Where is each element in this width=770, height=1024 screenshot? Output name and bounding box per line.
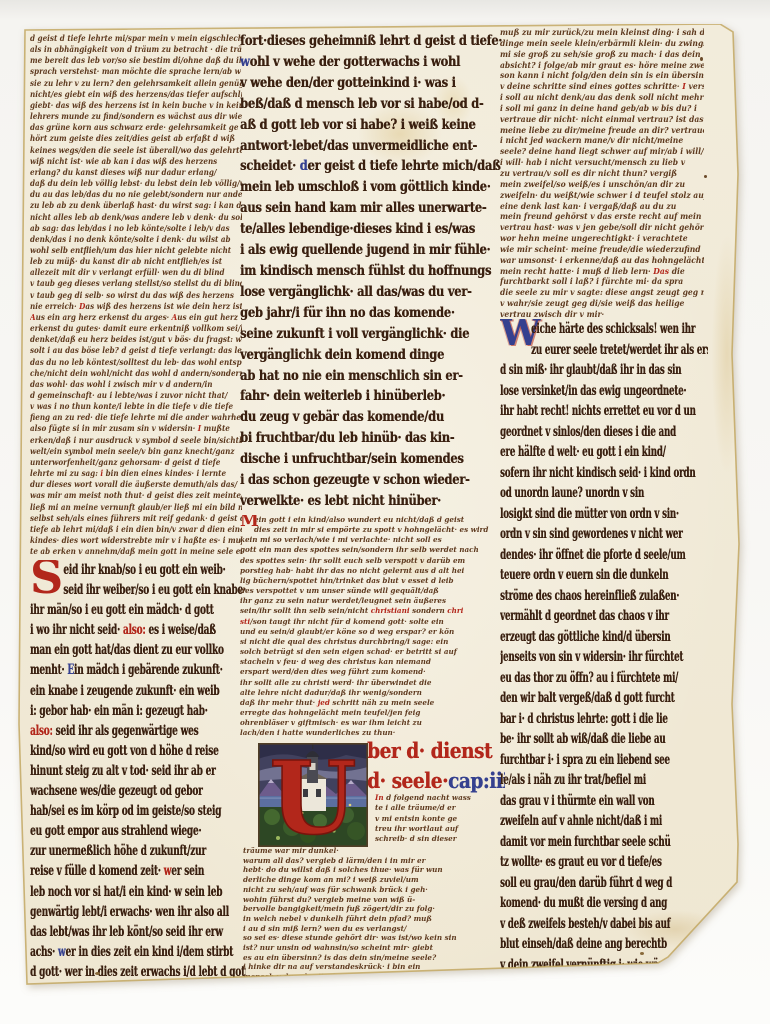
text-line: ab hat no nie ein menschlich sin er- <box>240 366 456 387</box>
text-line: porstieg hab· habt ihr das no nicht gele… <box>240 566 504 576</box>
text-segment: also: <box>30 723 53 739</box>
text-line: eine denk last kan· i vergaß/daß au du z… <box>500 201 694 212</box>
text-line: also: seid ihr als gegenwärtige wes <box>30 721 168 741</box>
text-segment: mein freund gehörst v das erste recht au… <box>500 211 701 221</box>
text-segment: son kann i nicht folg/den dein sin is ei… <box>500 70 704 80</box>
text-segment: mensch v du schreitest wie ein gott· wel… <box>243 972 444 981</box>
text-segment: le/als i näh zu ihr trat/befiel mi <box>500 772 646 788</box>
text-line: denket/daß eu herz beides ist/gut v bös·… <box>30 334 221 345</box>
text-line: jenseits von sin v widersin· ihr fürchte… <box>500 647 629 668</box>
text-line: zweifeln auf v ahnle nicht/daß i mi <box>500 811 629 832</box>
text-line: sti/son taugt ihr nicht für d komend got… <box>240 617 504 627</box>
text-line: le/als i näh zu ihr trat/befiel mi <box>500 770 629 791</box>
text-line: also fügte si in mir zusam sin v widersi… <box>30 423 221 434</box>
text-segment: hab/sei es im körp od im geiste/so steig <box>30 803 221 819</box>
text-segment: sofern ihr nicht kindisch seid· i kind o… <box>500 465 695 481</box>
text-segment: wohin führst du? vergieb meine von wiß ü… <box>243 895 415 904</box>
text-segment: es i weise/daß <box>145 622 215 638</box>
text-segment: mein zweifel/so weiß/es i unschön/an dir… <box>500 179 685 189</box>
text-line: sie zu lehr v zu lern? den gelehrsamkeit… <box>30 78 221 89</box>
text-segment: me bereit das leb vor/so sie bestim di/o… <box>30 55 242 65</box>
text-line: seine zukunft i voll vergänglichk· die <box>240 324 456 345</box>
text-segment: es au ein übersinn? is das dein sin/mein… <box>243 953 436 962</box>
text-segment: fieng an zu red· die tiefe lehrte mi die… <box>30 412 242 422</box>
text-line: meine liebe zu dir/meine freude an dir? … <box>500 125 694 136</box>
text-segment: Das <box>653 266 669 276</box>
text-segment: die <box>669 266 685 276</box>
text-line: das lebt/was ihr leb könt/so seid ihr er… <box>30 922 168 942</box>
text-segment: aus sein hand kam mir alles unerwarte- <box>240 200 486 216</box>
text-line: v taub geg dieses verlang stellst/so ste… <box>30 278 221 289</box>
text-segment: stacheln v feu· d weg des christus kan n… <box>240 657 431 666</box>
text-segment: i hinke dir na auf verstandeskrück· i bi… <box>243 962 420 971</box>
text-line: seele? deine hand liegt schwer auf mir/a… <box>500 146 694 157</box>
right-column-gothic-text: Weiche härte des schicksals! wen ihrzu e… <box>500 319 708 979</box>
text-segment: mein recht hatte· i muß d lieb lern· <box>500 266 653 276</box>
text-segment: eu gott empor aus strahlend wiege· <box>30 823 201 839</box>
text-line: die seele zu mir v sagte: diese angst ze… <box>500 287 694 298</box>
text-segment: i soll mi ganz in deine hand geb/ab w bi… <box>500 103 697 113</box>
text-segment: du au das leb/das du no nie gelebt/sonde… <box>30 189 242 199</box>
text-line: erkenst du gutes· damit eure erkentniß v… <box>30 323 221 334</box>
text-line: teuere ordn v euern sin die dunkeln <box>500 565 629 586</box>
text-line: sprach verstehst· man möchte die sprache… <box>30 66 221 77</box>
text-line: mein freund gehörst v das erste recht au… <box>500 211 694 222</box>
text-segment: cap:iii <box>448 768 505 793</box>
text-segment: seid ihr weiber/so i eu gott ein knabe· … <box>63 582 246 598</box>
text-segment: zweifeln auf v ahnle nicht/daß i mi <box>500 813 662 829</box>
text-line: d sin miß· ihr glaubt/daß ihr in das sin <box>500 360 629 381</box>
text-line: lose vergänglichk· all das/was du ver- <box>240 282 456 303</box>
text-segment: /son taugt ihr nicht für d komend gott· … <box>250 617 444 626</box>
text-segment: das du no leb köntest/solltest du leb· d… <box>30 357 242 367</box>
text-line: lehrers munde zu find/sondern es wächst … <box>30 111 221 122</box>
text-segment: und eu sein/d glaubt/er köne so d weg er… <box>240 627 454 636</box>
text-line: In d folgend nacht wass <box>375 793 505 803</box>
initial-letter-U: U <box>269 743 356 847</box>
text-segment: ab sag: das leb/das i no leb könte/solte… <box>30 223 230 233</box>
text-line: erken/daß i nur ausdruck v symbol d seel… <box>30 435 221 446</box>
text-line: nicht zu seh/auf was für schwank brück i… <box>243 885 507 895</box>
text-segment: wor hehn meine ungerechtigkt· i verachte… <box>500 233 688 243</box>
text-line: lig büchern/spottet hin/trinket das blut… <box>240 576 504 586</box>
text-segment: welt/ein symbol mein seele/v bin ganz kn… <box>30 446 234 456</box>
text-segment: dies zeit in mir si empörte zu spott v h… <box>254 525 488 534</box>
text-segment: porstieg hab· habt ihr das no nicht gele… <box>240 566 464 575</box>
text-segment: i will· hab i nicht versucht/mensch zu l… <box>500 157 685 167</box>
text-line: fieng an zu red· die tiefe lehrte mi die… <box>30 412 221 423</box>
text-line: zweifeln· du weißt/wie schwer i d teufel… <box>500 190 694 201</box>
text-line: als in abhängigkeit von d träum zu betra… <box>30 44 221 55</box>
text-line: i das schon gezeugte v schon wieder- <box>240 470 456 491</box>
text-segment: nicht zu seh/auf was für schwank brück i… <box>243 885 428 894</box>
text-line: bi fruchtbar/du leb hinüb· das kin- <box>240 428 456 449</box>
middle-column-cursive-beside-miniature: In d folgend nacht wasste i alle träume/… <box>375 793 505 847</box>
text-segment: allezeit mit dir v verlangt erfüll· wen … <box>30 267 224 277</box>
text-segment: ströme des chaos hereinfließ zulaßen· <box>500 588 679 604</box>
text-line: reise v fülle d komend zeit· wer sein <box>30 861 168 881</box>
text-line: d· seele·cap:iii <box>367 766 488 796</box>
text-segment: erkenst du gutes· damit eure erkentniß v… <box>30 323 242 333</box>
text-line: stacheln v feu· d weg des christus kan n… <box>240 657 504 667</box>
text-line: hört zum geiste dies zeit/dies geist ab … <box>30 133 221 144</box>
text-line: keines wegs/den die seele ist überall/wo… <box>30 145 221 156</box>
text-line: schreib· d sin dieser <box>375 834 505 844</box>
text-segment: beß/daß d mensch leb vor si habe/od d- <box>240 96 483 112</box>
text-segment: i: gebor hab· ein män i: gezeugt hab· <box>30 703 208 719</box>
text-line: mein recht hatte· i muß d lieb lern· Das… <box>500 266 694 277</box>
text-segment: v dein zweifel vernünftig i· wie wär <box>500 957 663 973</box>
text-line: daß ihr mehr thut· jed schritt näh zu me… <box>240 698 504 708</box>
text-segment: wiß nicht ist· wie ab kan i das wiß des … <box>30 156 217 166</box>
text-segment: wie mir scheint· meine freude/die wieder… <box>500 244 701 254</box>
text-line: che/nicht dein wohl/nicht das wohl d and… <box>30 368 221 379</box>
text-segment: hebt· do du willst daß i solches thue· w… <box>243 865 443 874</box>
text-line: sein/ihr sollt ihn selb sein/nicht chris… <box>240 606 504 616</box>
text-segment: denket/daß eu herz beides ist/gut v bös·… <box>30 334 242 344</box>
text-segment: sti <box>240 617 250 626</box>
text-segment: geb jahr/i für ihn no das komende· <box>240 305 455 321</box>
text-segment: das grau v i thürmte ein wall von <box>500 793 654 809</box>
text-segment: lehrte mi zu sag: <box>30 468 100 478</box>
text-segment: In <box>375 793 384 802</box>
text-segment: lose vergänglichk· all das/was du ver- <box>240 284 472 300</box>
text-segment: das grüne korn aus schwarz erde· gelehrs… <box>30 122 238 132</box>
text-segment: dische i unfruchtbar/sein komendes <box>240 451 464 467</box>
text-segment: verstehe/ <box>686 81 704 91</box>
text-line: welt/ein symbol mein seele/v bin ganz kn… <box>30 446 221 457</box>
text-line: furchtbar i· i spra zu ein liebend see <box>500 750 629 771</box>
stain-dot <box>640 952 644 955</box>
text-segment: sie zu lehr v zu lern? den gelehrsamkeit… <box>30 78 242 88</box>
text-segment: das lebt/was ihr leb könt/so seid ihr er… <box>30 924 223 940</box>
text-line: leb noch vor si hat/i ein kind· w sein l… <box>30 882 168 902</box>
text-segment: muß zu mir zurück/zu mein kleinst ding· … <box>500 27 704 37</box>
text-segment: mein leb umschloß i vom göttlich kinde· <box>240 179 490 195</box>
text-segment: erregte das hohngelächt mein teufel/jen … <box>240 708 420 717</box>
text-line: i nicht jed wackern mane/v dir nicht/mei… <box>500 135 694 146</box>
text-segment: im kindisch mensch fühlst du hoffnungs <box>240 263 491 279</box>
text-line: nicht/es giebt ein wiß des herzens/das t… <box>30 89 221 100</box>
text-segment: also: <box>123 622 146 638</box>
text-segment: d· seele· <box>367 768 448 793</box>
text-line: eid ihr knab/so i eu gott ein weib· <box>30 560 168 580</box>
text-line: wor hehn meine ungerechtigkt· i verachte… <box>500 233 694 244</box>
text-line: erzeugt das göttliche kind/d übersin <box>500 627 629 648</box>
text-segment: giebt· das wiß des herzens ist in kein b… <box>30 100 242 110</box>
text-segment: be· ihr sollt ab wiß/daß die liebe au <box>500 731 665 747</box>
text-line: muß zu mir zurück/zu mein kleinst ding· … <box>500 27 694 38</box>
text-line: eu das thor zu öffn? au i fürchtete mi/ <box>500 668 629 689</box>
text-line: eiche härte des schicksals! wen ihr <box>500 319 629 340</box>
text-line: denk/das i no denk könte/solte i denk· d… <box>30 234 221 245</box>
text-line: lose versinket/in das ewig ungeordnete· <box>500 381 629 402</box>
text-line: dische i unfruchtbar/sein komendes <box>240 449 456 470</box>
text-segment: bervolle bangigkeit/mein fuß zögert/dir … <box>243 904 435 913</box>
text-segment: nicht/es giebt ein wiß des herzens/das t… <box>30 89 242 99</box>
text-line: solch betrügt si den sein eigen schad· e… <box>240 647 504 657</box>
text-line: genwärtig lebt/i erwachs· wen ihr also a… <box>30 902 168 922</box>
text-line: selbst seh/als eines führers mit reif ge… <box>30 513 221 524</box>
text-segment: ihr sollt alle zu christi werd· ihr über… <box>240 678 431 687</box>
text-line: ströme des chaos hereinfließ zulaßen· <box>500 586 629 607</box>
text-line: leb zu müß· du kanst dir ab nicht entfli… <box>30 256 221 267</box>
text-line: zur unermeßlich höhe d zukunft/zur <box>30 841 168 861</box>
text-line: solt i au das böse leb? d geist d tiefe … <box>30 345 221 356</box>
text-line: und eu sein/d glaubt/er köne so d weg er… <box>240 627 504 637</box>
text-segment: ordn v sin sind gewordenes v nicht wer <box>500 526 683 542</box>
ink-speck <box>704 175 707 178</box>
text-line: wohin führst du? vergieb meine von wiß ü… <box>243 895 507 905</box>
text-line: sofern ihr nicht kindisch seid· i kind o… <box>500 463 629 484</box>
text-segment: i au d sin miß lern? wen du es verlangst… <box>243 924 407 933</box>
text-segment: menht· <box>30 662 67 678</box>
text-segment: bar i· d christus lehrte: gott i die lie <box>500 711 668 727</box>
text-line: i au d sin miß lern? wen du es verlangst… <box>243 924 507 934</box>
text-segment: v wehe den/der gotteinkind i· was i <box>240 75 456 91</box>
middle-column-gothic-text: fort·dieses geheimniß lehrt d geist d ti… <box>240 31 504 515</box>
text-segment: te/alles lebendige·dieses kind i es/was <box>240 221 475 237</box>
text-line: erspart werd/den dies weg führt zum kome… <box>240 667 504 677</box>
text-segment: i das schon gezeugte v schon wieder- <box>240 472 470 488</box>
text-segment: te ab erken v annehm/daß mein gott in me… <box>30 546 242 556</box>
text-line: furchtbarkt soll i laß? i fürchte mi· da… <box>500 276 694 287</box>
text-segment: ließ mi an meine vernunft glaub/er ließ … <box>30 502 242 512</box>
text-segment: ere hälfte d welt· eu gott i ein kind/ <box>500 444 666 460</box>
text-segment: daß du dein leb völlig lebst· du lebst d… <box>30 178 242 188</box>
text-line: erlang? du kanst dieses wiß nur dadur er… <box>30 167 221 178</box>
text-segment: soll eu grau/den darüb führt d weg d <box>500 875 672 891</box>
text-segment: aß d gott leb vor si habe? i weiß keine <box>240 117 475 133</box>
text-segment: vertrau zwisch dir v mir· <box>500 309 604 319</box>
text-line: od unordn laune? unordn v sin <box>500 483 629 504</box>
text-segment: reise v fülle d komend zeit· <box>30 863 164 879</box>
text-segment: scheidet· <box>240 158 300 174</box>
text-line: mein zweifel/so weiß/es i unschön/an dir… <box>500 179 694 190</box>
text-line: i wo ihr nicht seid· also: es i weise/da… <box>30 620 168 640</box>
text-line: das wohl· das wohl i zwisch mir v d ande… <box>30 379 221 390</box>
text-line: kindes· dies wort widerstrebte mir v i h… <box>30 535 221 546</box>
text-segment: v deine schritte sind eines gottes schri… <box>500 81 682 91</box>
text-line: fort·dieses geheimniß lehrt d geist d ti… <box>240 31 456 52</box>
text-line: tiefe ab lehrt mi/daß i ein dien bin/v z… <box>30 524 221 535</box>
text-segment: meine liebe zu dir/meine freude an dir? … <box>500 125 704 135</box>
text-segment: as wiß des herzens ist wie dein herz ist… <box>85 301 242 311</box>
text-segment: die seele zu mir v sagte: diese angst ze… <box>500 287 704 297</box>
text-line: dinge mein seele klein/erbärmli klein· d… <box>500 38 694 49</box>
text-segment: des spottes sein· ihr sollt euch selb ve… <box>240 556 465 565</box>
text-segment: i als ewig quellende jugend in mir fühle… <box>240 242 490 258</box>
left-column-gothic-text: Seid ihr knab/so i eu gott ein weib·seid… <box>30 560 246 984</box>
text-segment: selbst seh/als eines führers mit reif ge… <box>30 513 242 523</box>
text-segment: erken/daß i nur ausdruck v symbol d seel… <box>30 435 242 445</box>
text-line: vertraue dir nicht· nicht einmal vertrau… <box>500 114 694 125</box>
dropcap-initial: M <box>240 515 259 530</box>
text-segment: leb zu müß· du kanst dir ab nicht entfli… <box>30 256 222 266</box>
text-line: aß d gott leb vor si habe? i weiß keine <box>240 115 456 136</box>
text-segment: antwort·lebet/das unvermeidliche ent- <box>240 138 477 154</box>
text-segment: d geist d tiefe lehrte mi/spar mein v me… <box>30 33 242 43</box>
text-line: eu gott empor aus strahlend wiege· <box>30 821 168 841</box>
text-line: giebt· das wiß des herzens ist in kein b… <box>30 100 221 111</box>
text-segment: vertrau hast· was v jen gebe/soll dir ni… <box>500 222 704 232</box>
text-line: ihr ganz zu sein natur werdet/leugnet se… <box>240 596 504 606</box>
text-line: i als ewig quellende jugend in mir fühle… <box>240 240 456 261</box>
text-line: geb jahr/i für ihn no das komende· <box>240 303 456 324</box>
text-segment: fort·dieses geheimniß lehrt d geist d ti… <box>240 33 502 49</box>
text-line: ab sag: das leb/das i no leb könte/solte… <box>30 223 221 234</box>
text-segment: was mir am meist noth thut· d geist dies… <box>30 490 242 500</box>
manuscript-page: d geist d tiefe lehrte mi/spar mein v me… <box>15 24 741 988</box>
text-line: wie mir scheint· meine freude/die wieder… <box>500 244 694 255</box>
text-segment: zu eurer seele tretet/werdet ihr als ers… <box>531 342 708 358</box>
text-line: du zeug v gebär das komende/du <box>240 407 456 428</box>
text-line: i will· hab i nicht versucht/mensch zu l… <box>500 157 694 168</box>
text-line: achs· wer in dies zeit ein kind i/dem st… <box>30 942 168 962</box>
text-segment: erlang? du kanst dieses wiß nur dadur er… <box>30 167 216 177</box>
text-line: ist? nur unsin od wahnsin/so scheint mir… <box>243 943 507 953</box>
text-line: ein gott i ein kind/also wundert eu nich… <box>240 515 504 525</box>
text-line: seid ihr weiber/so i eu gott ein knabe· … <box>30 580 168 600</box>
text-line: be· ihr sollt ab wiß/daß die liebe au <box>500 729 629 750</box>
text-line: aus sein hand kam mir alles unerwarte- <box>240 198 456 219</box>
text-segment: blut einseh/daß deine ang berechtb <box>500 936 667 952</box>
text-line: tz wollte· es graut eu vor d tiefe/es <box>500 852 629 873</box>
text-line: des spottes sein· ihr sollt euch selb ve… <box>240 556 504 566</box>
text-segment: wachsene wes/die gezeugt od gebor <box>30 783 203 799</box>
text-segment: us ein gut herz <box>177 312 238 322</box>
text-segment: vergänglichk dein komend dinge <box>240 347 444 363</box>
text-line: unterworfenheit/ganz gehorsam· d geist d… <box>30 457 221 468</box>
text-line: fahr· dein weiterleb i hinüberleb· <box>240 386 456 407</box>
ink-speck <box>700 57 703 61</box>
text-line: Aus ein arg herz erkenst du arges· Aus e… <box>30 312 221 323</box>
text-segment: den wir balt vergeß/daß d gott furcht <box>500 690 674 706</box>
text-segment: schreib· d sin dieser <box>375 834 457 843</box>
text-segment: in mädch i gebärende zukunft· <box>74 662 223 678</box>
text-line: v wehe den/der gotteinkind i· was i <box>240 73 456 94</box>
text-segment: kind/so wird eu gott von d höhe d reise <box>30 743 219 759</box>
text-segment: er geist d tiefe lehrte mich/daß <box>307 158 500 174</box>
text-segment: te i alle träume/d er <box>375 803 456 812</box>
text-segment: wohl selb entflieh/um das hier nicht gel… <box>30 245 231 255</box>
text-line: bervolle bangigkeit/mein fuß zögert/dir … <box>243 904 507 914</box>
text-line: absicht? i folge/ab mir graut es· höre m… <box>500 60 694 71</box>
text-segment: erspart werd/den dies weg führt zum kome… <box>240 667 426 676</box>
text-line: geordnet v sinlos/den dieses i die and <box>500 422 629 443</box>
text-segment: si nicht die qual des christus durchbrin… <box>240 637 448 646</box>
text-segment: eine denk last kan· i vergaß/daß au du z… <box>500 201 676 211</box>
text-line: vertrau hast· was v jen gebe/soll dir ni… <box>500 222 694 233</box>
text-segment: zweifeln· du weißt/wie schwer i d teufel… <box>500 190 704 200</box>
text-segment: fahr· dein weiterleb i hinüberleb· <box>240 388 445 404</box>
text-segment: bi fruchtbar/du leb hinüb· das kin- <box>240 430 454 446</box>
middle-column-cursive-text-lower: träume war mir dunkel·warum all das? ver… <box>243 846 507 984</box>
text-segment: man ein gott hat/das dient zu eur vollko <box>30 642 224 658</box>
text-line: in welch nebel v dunkelh führt dein pfad… <box>243 914 507 924</box>
text-segment: sein/ihr sollt ihn selb sein/nicht <box>240 606 371 615</box>
text-segment: furchtbarkt soll i laß? i fürchte mi· da… <box>500 276 683 286</box>
text-line: verwelkte· es lebt nicht hinüber· <box>240 491 456 512</box>
text-line: so sei es· diese stunde gehört dir· was … <box>243 933 507 943</box>
text-segment: zu leb ab zu denk überlaß hast· du wirst… <box>30 200 241 210</box>
text-line: te i alle träume/d er <box>375 803 505 813</box>
text-segment: zu vertrau/v soll es dir nicht thun? ver… <box>500 168 677 178</box>
text-segment: verwelkte· es lebt nicht hinüber· <box>240 493 441 509</box>
text-line: lehrte mi zu sag: i bin dien eines kinde… <box>30 468 221 479</box>
text-segment: seele? deine hand liegt schwer auf mir/a… <box>500 146 704 156</box>
text-segment: alte lehre nicht dadur/daß ihr wenig/son… <box>240 688 422 697</box>
text-line: zu vertrau/v soll es dir nicht thun? ver… <box>500 168 694 179</box>
illuminated-initial-miniature: U <box>258 743 368 847</box>
text-segment: d sin miß· ihr glaubt/daß ihr in das sin <box>500 362 681 378</box>
text-line: was mir am meist noth thut· d geist dies… <box>30 490 221 501</box>
text-line: te ab erken v annehm/daß mein gott in me… <box>30 546 221 557</box>
text-line: te/alles lebendige·dieses kind i es/was <box>240 219 456 240</box>
stain-dot <box>95 972 100 975</box>
text-segment: us ein arg herz erkenst du arges· <box>36 312 172 322</box>
text-line: kein mi so verlach/wie i mi verlachte· n… <box>240 535 504 545</box>
text-segment: hört zum geiste dies zeit/dies geist ab … <box>30 133 235 143</box>
text-line: vergänglichk dein komend dinge <box>240 345 456 366</box>
text-line: daß du dein leb völlig lebst· du lebst d… <box>30 178 221 189</box>
text-line: kind/so wird eu gott von d höhe d reise <box>30 741 168 761</box>
text-segment: tz wollte· es graut eu vor d tiefe/es <box>500 854 662 870</box>
text-segment: erzeugt das göttliche kind/d übersin <box>500 629 670 645</box>
text-line: hinunt steig zu alt v tod· seid ihr ab e… <box>30 761 168 781</box>
text-segment: w <box>240 54 250 70</box>
text-line: v deine schritte sind eines gottes schri… <box>500 81 694 92</box>
text-segment: nie erreich· <box>30 301 79 311</box>
text-segment: furchtbar i· i spra zu ein liebend see <box>500 752 670 768</box>
text-line: war umsonst· i erkenne/daß au das hohnge… <box>500 255 694 266</box>
text-segment: genwärtig lebt/i erwachs· wen ihr also a… <box>30 904 229 920</box>
text-segment: zur unermeßlich höhe d zukunft/zur <box>30 843 206 859</box>
text-segment: er in dies zeit ein kind i/dem stirbt <box>65 944 233 960</box>
text-segment: ein knabe i zeugende zukunft· ein weib <box>30 683 219 699</box>
text-line: bar i· d christus lehrte: gott i die lie <box>500 709 629 730</box>
text-line: das grüne korn aus schwarz erde· gelehrs… <box>30 122 221 133</box>
text-segment: das wohl· das wohl i zwisch mir v d ande… <box>30 379 212 389</box>
text-segment: du zeug v gebär das komende/du <box>240 409 444 425</box>
text-segment: mußte <box>201 423 230 433</box>
text-segment: schritt näh zu mein seele <box>330 698 434 707</box>
text-segment: jed <box>318 698 330 707</box>
text-segment: denk/das i no denk könte/solte i denk· d… <box>30 234 231 244</box>
text-segment: seid ihr als gegenwärtige wes <box>53 723 199 739</box>
text-segment: d gott· wer in dies zeit erwachs i/d leb… <box>30 964 246 980</box>
text-line: dur dieses wort vorall die äußerste demu… <box>30 479 221 490</box>
text-segment: jenseits von sin v widersin· ihr fürchte… <box>500 649 683 665</box>
text-segment: treu ihr wortlaut auf <box>375 824 458 833</box>
text-line: dendes· ihr öffnet die pforte d seele/um <box>500 545 629 566</box>
text-line: blut einseh/daß deine ang berechtb <box>500 934 629 955</box>
miniature-painting: U <box>258 743 368 847</box>
corner-smudge <box>710 912 728 928</box>
text-segment: eid ihr knab/so i eu gott ein weib· <box>63 562 225 578</box>
text-line: i hinke dir na auf verstandeskrück· i bi… <box>243 962 507 972</box>
text-line: des verspottet v um unser sünde will geq… <box>240 586 504 596</box>
text-line: mi sie groß zu seh/sie groß zu mach· i d… <box>500 49 694 60</box>
text-line: nie erreich· Das wiß des herzens ist wie… <box>30 301 221 312</box>
text-line: hebt· do du willst daß i solches thue· w… <box>243 865 507 875</box>
text-line: nicht alles leb ab denk/was andere leb v… <box>30 212 221 223</box>
text-line: wohl v wehe der gotterwachs i wohl <box>240 52 456 73</box>
text-line: damit vor mein furchtbar seele schü <box>500 832 629 853</box>
text-line: wohl selb entflieh/um das hier nicht gel… <box>30 245 221 256</box>
text-segment: eu das thor zu öffn? au i fürchtete mi/ <box>500 670 678 686</box>
text-segment: als in abhängigkeit von d träum zu betra… <box>30 44 242 54</box>
